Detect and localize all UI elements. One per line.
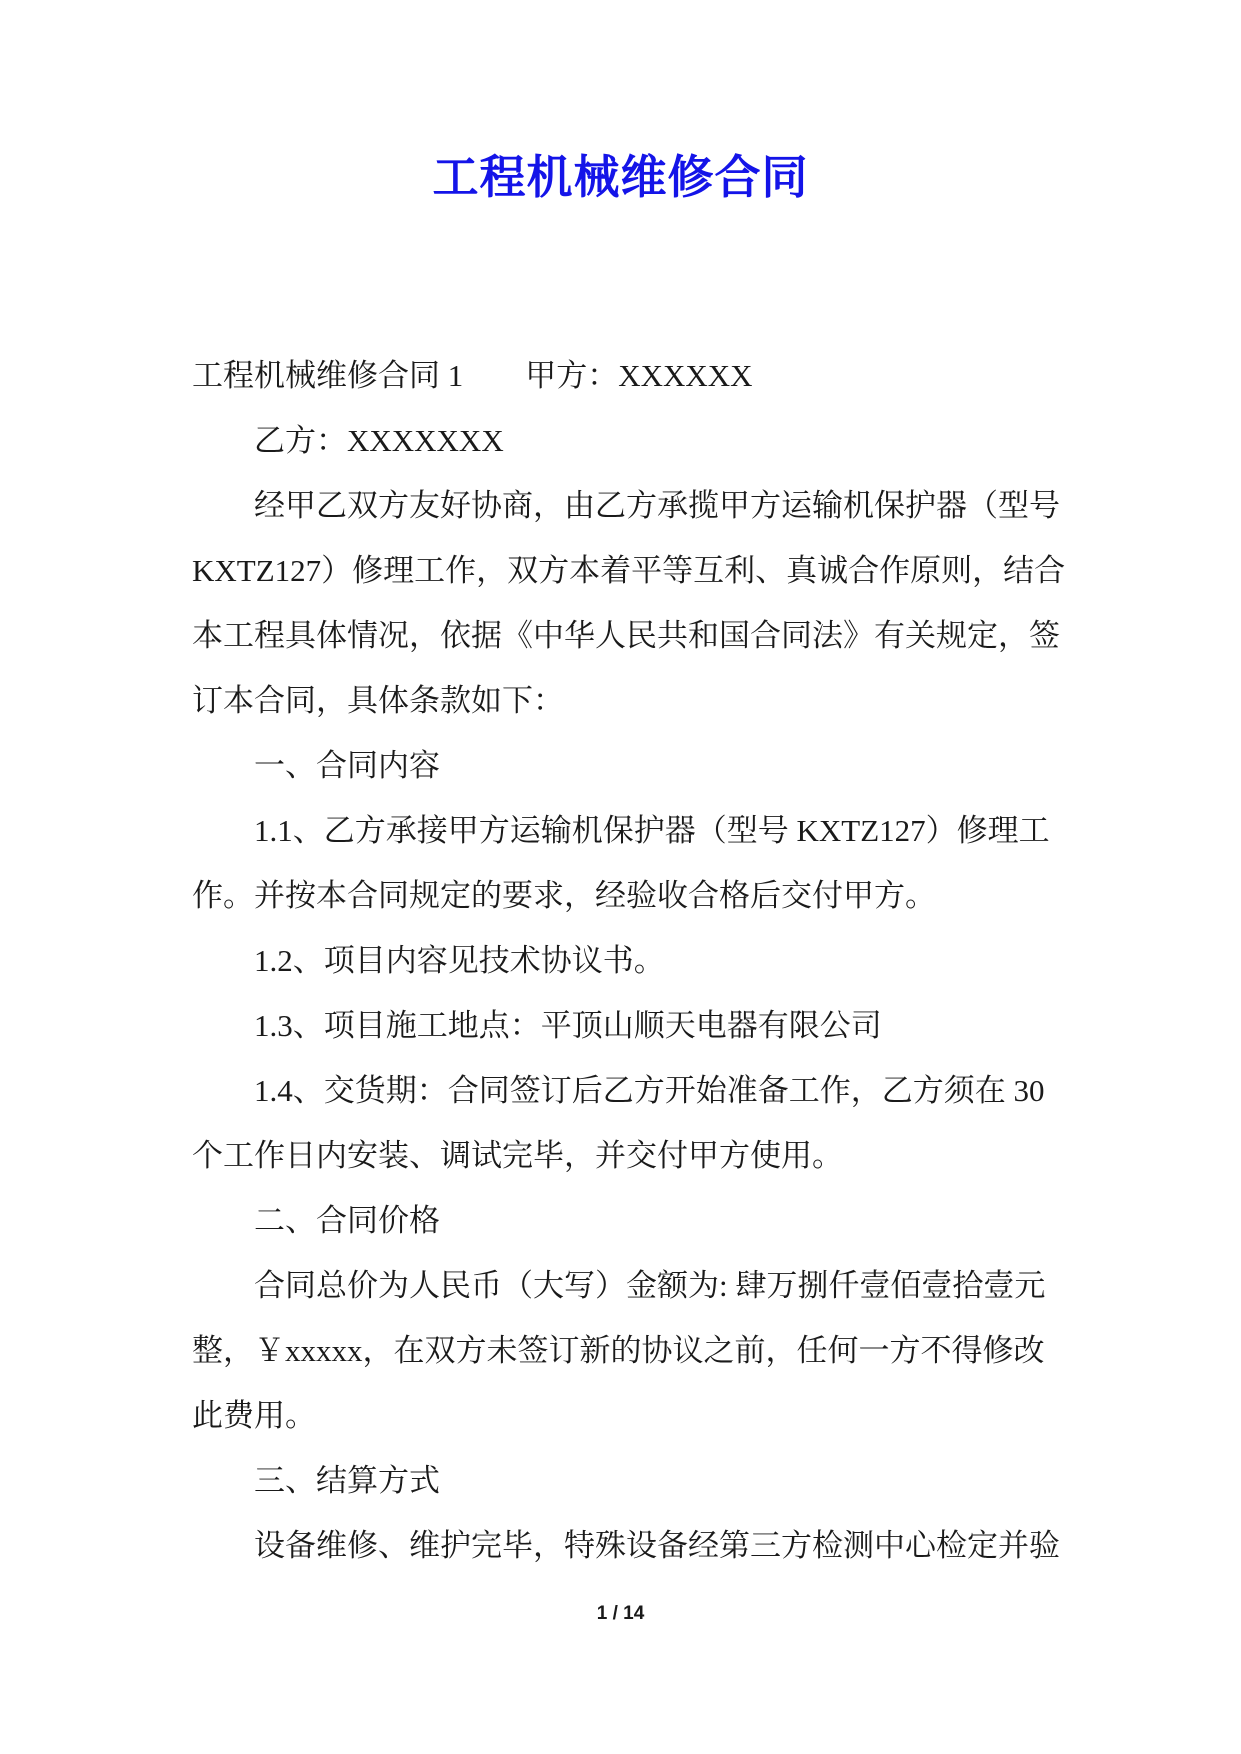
text-line: 本工程具体情况，依据《中华人民共和国合同法》有关规定，签 [192,603,1122,668]
text-line: 此费用。 [192,1383,1122,1448]
text-line: 1.4、交货期：合同签订后乙方开始准备工作，乙方须在 30 [192,1058,1122,1123]
text-line: 三、结算方式 [192,1448,1122,1513]
text-line: 经甲乙双方友好协商，由乙方承揽甲方运输机保护器（型号 [192,473,1122,538]
text-line: 1.3、项目施工地点：平顶山顺天电器有限公司 [192,993,1122,1058]
text-line: 二、合同价格 [192,1188,1122,1253]
text-line: 1.1、乙方承接甲方运输机保护器（型号 KXTZ127）修理工 [192,798,1122,863]
text-line: 一、合同内容 [192,733,1122,798]
text-line: 作。并按本合同规定的要求，经验收合格后交付甲方。 [192,863,1122,928]
text-line: 个工作日内安装、调试完毕，并交付甲方使用。 [192,1123,1122,1188]
text-line: 乙方：XXXXXXX [192,408,1122,473]
document-page: 工程机械维修合同 工程机械维修合同 1 甲方：XXXXXX乙方：XXXXXXX经… [0,0,1241,1754]
document-title: 工程机械维修合同 [0,148,1241,206]
text-line: 设备维修、维护完毕，特殊设备经第三方检测中心检定并验 [192,1513,1122,1578]
text-line: 1.2、项目内容见技术协议书。 [192,928,1122,993]
text-line: 订本合同，具体条款如下： [192,668,1122,733]
text-line: 合同总价为人民币（大写）金额为: 肆万捌仟壹佰壹拾壹元 [192,1253,1122,1318]
text-line: KXTZ127）修理工作，双方本着平等互利、真诚合作原则，结合 [192,538,1122,603]
page-number: 1 / 14 [0,1600,1241,1628]
document-body: 工程机械维修合同 1 甲方：XXXXXX乙方：XXXXXXX经甲乙双方友好协商，… [192,343,1122,1578]
text-line: 工程机械维修合同 1 甲方：XXXXXX [192,343,1122,408]
text-line: 整，￥xxxxx，在双方未签订新的协议之前，任何一方不得修改 [192,1318,1122,1383]
